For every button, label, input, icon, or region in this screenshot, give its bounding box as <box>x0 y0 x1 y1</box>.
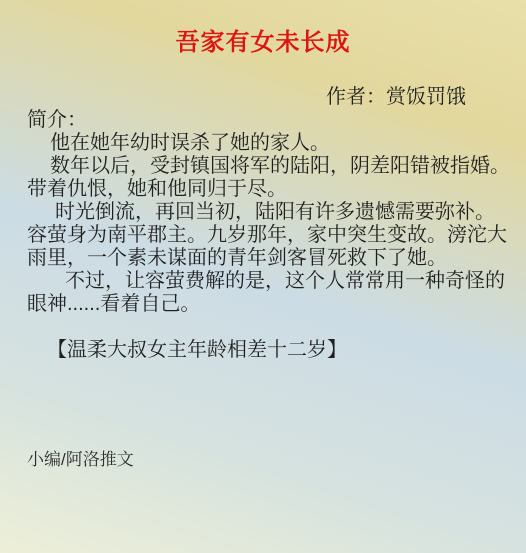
novel-intro-card: 吾家有女未长成 作者：赏饭罚饿 简介： 他在她年幼时误杀了她的家人。 数年以后，… <box>0 0 526 553</box>
intro-label: 简介： <box>27 109 512 132</box>
intro-paragraph: 数年以后，受封镇国将军的陆阳，阴差阳错被指婚。带着仇恨，她和他同归于尽。 <box>27 155 512 201</box>
page-title: 吾家有女未长成 <box>0 0 526 58</box>
intro-paragraph: 他在她年幼时误杀了她的家人。 <box>27 132 512 155</box>
author-line: 作者：赏饭罚饿 <box>0 86 526 109</box>
editor-credit: 小编/阿洛推文 <box>27 450 134 470</box>
intro-paragraph: 时光倒流，再回当初，陆阳有许多遗憾需要弥补。容萤身为南平郡主。九岁那年，家中突生… <box>27 201 512 270</box>
tagline: 【温柔大叔女主年龄相差十二岁】 <box>27 339 512 362</box>
intro-paragraph: 不过，让容萤费解的是，这个人常常用一种奇怪的眼神......看着自己。 <box>27 270 512 316</box>
intro-section: 简介： 他在她年幼时误杀了她的家人。 数年以后，受封镇国将军的陆阳，阴差阳错被指… <box>0 109 526 362</box>
